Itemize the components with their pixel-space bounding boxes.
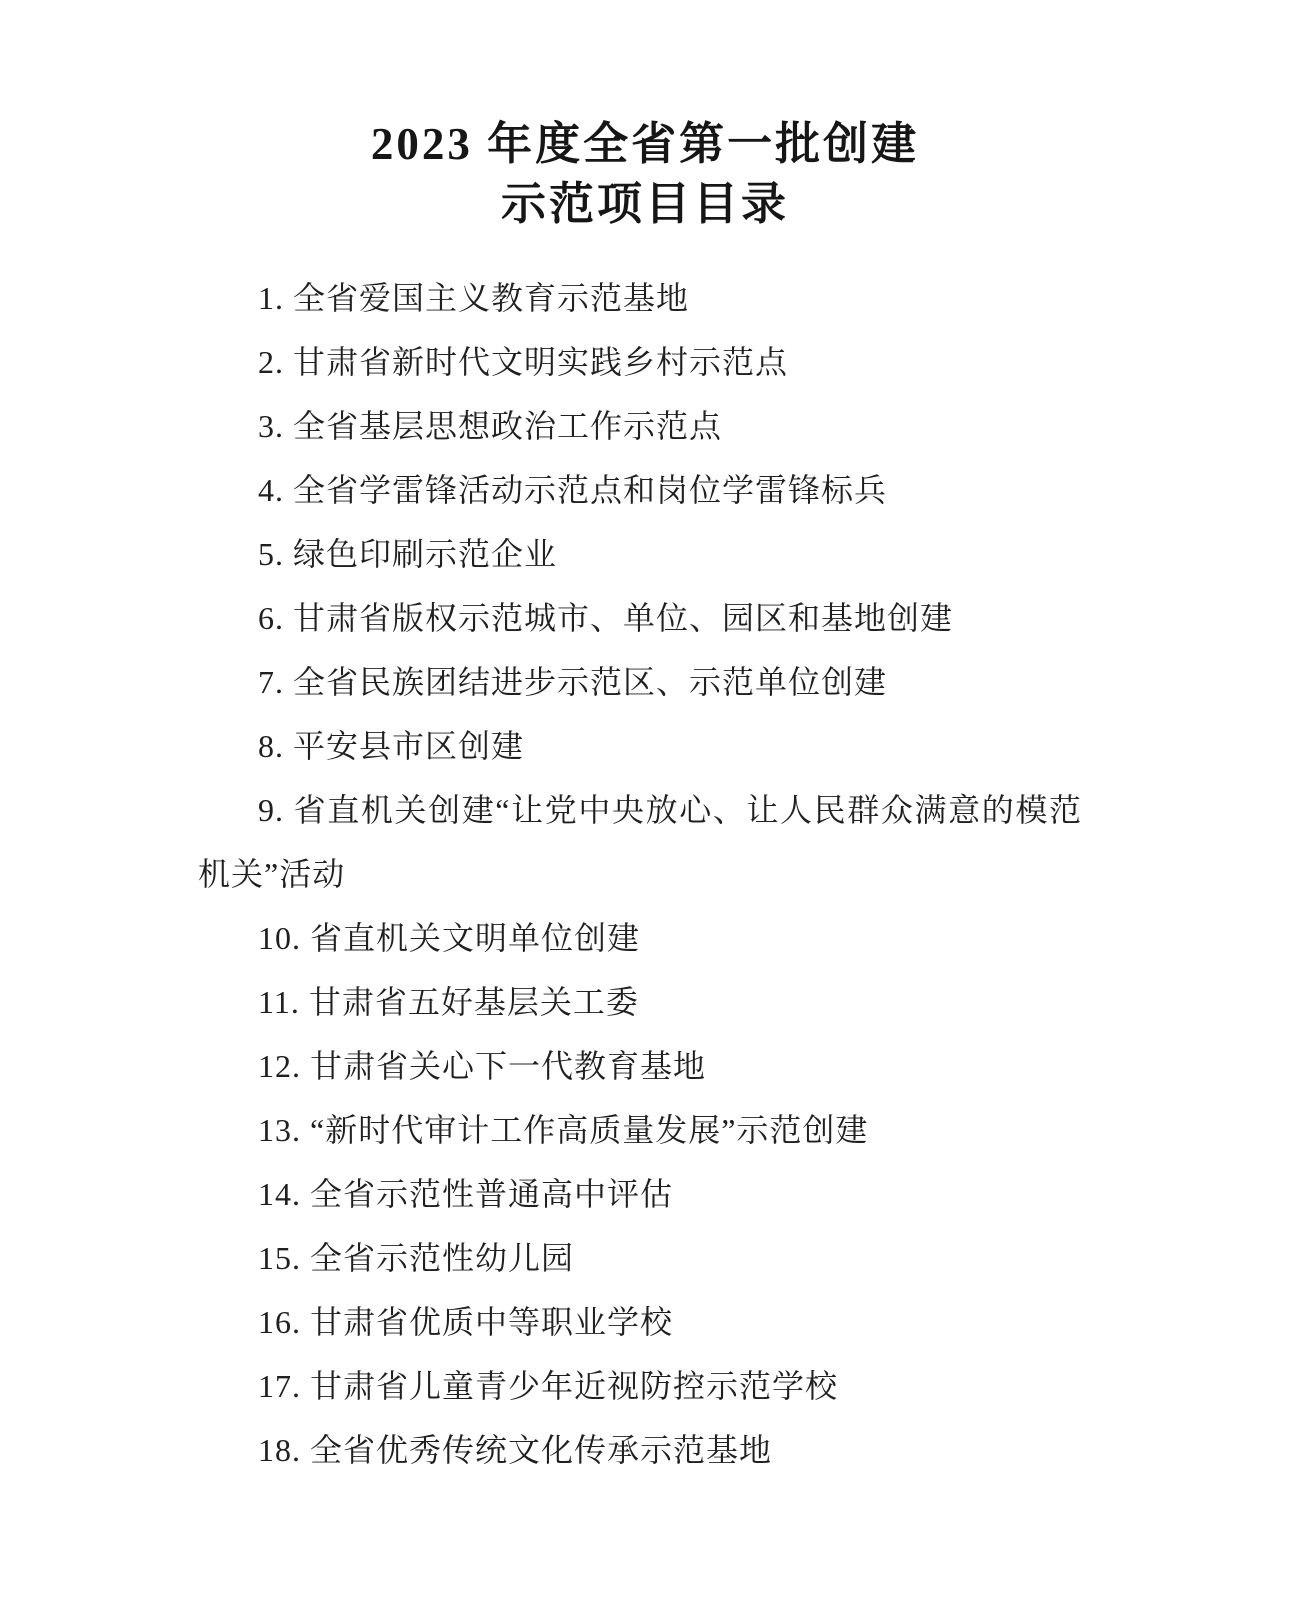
list-item: 14. 全省示范性普通高中评估 <box>198 1162 1082 1226</box>
document-title: 2023 年度全省第一批创建 示范项目目录 <box>0 30 1290 234</box>
document-page: 2023 年度全省第一批创建 示范项目目录 1. 全省爱国主义教育示范基地 2.… <box>0 0 1290 1600</box>
list-item: 15. 全省示范性幼儿园 <box>198 1226 1082 1290</box>
list-item: 8. 平安县市区创建 <box>198 714 1082 778</box>
list-item: 5. 绿色印刷示范企业 <box>198 522 1082 586</box>
list-item: 12. 甘肃省关心下一代教育基地 <box>198 1034 1082 1098</box>
list-item: 17. 甘肃省儿童青少年近视防控示范学校 <box>198 1354 1082 1418</box>
document-title-line-2: 示范项目目录 <box>0 174 1290 234</box>
list-item: 13. “新时代审计工作高质量发展”示范创建 <box>198 1098 1082 1162</box>
list-item: 4. 全省学雷锋活动示范点和岗位学雷锋标兵 <box>198 458 1082 522</box>
list-item: 16. 甘肃省优质中等职业学校 <box>198 1290 1082 1354</box>
list-item: 10. 省直机关文明单位创建 <box>198 906 1082 970</box>
list-item: 1. 全省爱国主义教育示范基地 <box>198 266 1082 330</box>
list-item: 3. 全省基层思想政治工作示范点 <box>198 394 1082 458</box>
list-item: 18. 全省优秀传统文化传承示范基地 <box>198 1418 1082 1482</box>
list-item: 9. 省直机关创建“让党中央放心、让人民群众满意的模范机关”活动 <box>198 778 1082 906</box>
list-item: 7. 全省民族团结进步示范区、示范单位创建 <box>198 650 1082 714</box>
document-title-line-1: 2023 年度全省第一批创建 <box>0 114 1290 174</box>
list-item: 2. 甘肃省新时代文明实践乡村示范点 <box>198 330 1082 394</box>
list-item: 6. 甘肃省版权示范城市、单位、园区和基地创建 <box>198 586 1082 650</box>
project-list: 1. 全省爱国主义教育示范基地 2. 甘肃省新时代文明实践乡村示范点 3. 全省… <box>198 266 1082 1482</box>
list-item: 11. 甘肃省五好基层关工委 <box>198 970 1082 1034</box>
